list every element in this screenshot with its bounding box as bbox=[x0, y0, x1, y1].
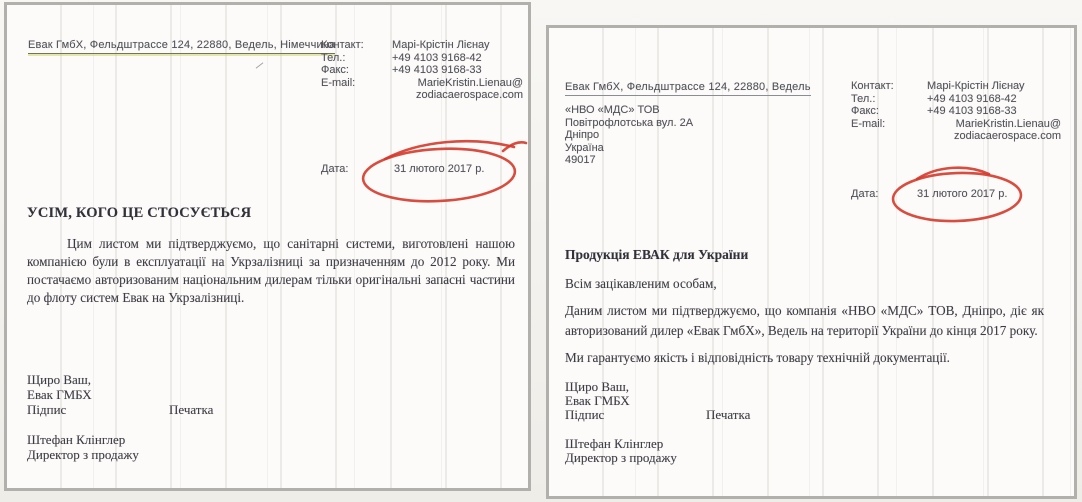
date-row: Дата: 31 лютого 2017 р. bbox=[321, 163, 531, 176]
contact-label: Тел.: bbox=[321, 52, 392, 65]
contact-row: E-mail: MarieKristin.Lienau@ bbox=[321, 77, 523, 90]
scanned-letters-canvas: Евак ГмбХ, Фельдштрассе 124, 22880, Веде… bbox=[0, 0, 1082, 502]
contact-row: Факс: +49 4103 9168-33 bbox=[851, 105, 1061, 118]
contact-value: +49 4103 9168-42 bbox=[927, 93, 1061, 106]
closing-line: Щиро Ваш, bbox=[565, 380, 629, 394]
contact-label: Контакт: bbox=[851, 80, 927, 93]
date-row: Дата: 31 лютого 2017 р. bbox=[851, 188, 1061, 201]
letter-body: Цим листом ми підтверджуємо, що санітарн… bbox=[27, 235, 515, 307]
signature-label: Підпис bbox=[565, 408, 604, 422]
stamp-label: Печатка bbox=[706, 408, 750, 422]
letter-heading: Продукція ЕВАК для України bbox=[565, 247, 748, 263]
recipient-line: Дніпро bbox=[565, 129, 693, 142]
signature-label: Підпис bbox=[27, 403, 66, 417]
contact-value: +49 4103 9168-33 bbox=[392, 64, 523, 77]
contact-value: Марі-Крістін Лієнау bbox=[392, 39, 523, 52]
contact-label bbox=[321, 89, 392, 102]
contact-email-line: zodiacaerospace.com bbox=[392, 89, 523, 102]
date-label: Дата: bbox=[851, 188, 917, 201]
contact-label: E-mail: bbox=[851, 118, 927, 131]
contact-row: Тел.: +49 4103 9168-42 bbox=[851, 93, 1061, 106]
contact-label: Факс: bbox=[851, 105, 927, 118]
salutation: Всім зацікавленим особам, bbox=[565, 276, 717, 292]
contact-label: Тел.: bbox=[851, 93, 927, 106]
date-value: 31 лютого 2017 р. bbox=[917, 188, 1007, 201]
recipient-line: 49017 bbox=[565, 154, 693, 167]
signer-title: Директор з продажу bbox=[27, 448, 139, 462]
contact-row: zodiacaerospace.com bbox=[321, 89, 523, 102]
letter-heading: УСІМ, КОГО ЦЕ СТОСУЄТЬСЯ bbox=[27, 205, 251, 222]
letter-body: Даним листом ми підтверджуємо, що компан… bbox=[565, 301, 1044, 341]
right-letter-page: Евак ГмбХ, Фельдштрассе 124, 22880, Веде… bbox=[546, 25, 1077, 499]
contact-row: Контакт: Марі-Крістін Лієнау bbox=[851, 80, 1061, 93]
contact-label: Контакт: bbox=[321, 39, 392, 52]
stray-pen-mark bbox=[256, 62, 264, 68]
date-value: 31 лютого 2017 р. bbox=[394, 163, 484, 176]
date-label: Дата: bbox=[321, 163, 394, 176]
letter-body: Ми гарантуємо якість і відповідність тов… bbox=[565, 348, 1044, 368]
sender-address-line: Евак ГмбХ, Фельдштрассе 124, 22880, Веде… bbox=[565, 81, 811, 96]
contact-row: zodiacaerospace.com bbox=[851, 130, 1061, 143]
signer-name: Штефан Клінглер bbox=[565, 437, 663, 451]
contact-email-line: zodiacaerospace.com bbox=[927, 130, 1061, 143]
closing-line: Евак ГМБХ bbox=[565, 394, 630, 408]
signer-name: Штефан Клінглер bbox=[27, 433, 125, 447]
contact-email-line: MarieKristin.Lienau@ bbox=[392, 77, 523, 90]
contact-block: Контакт: Марі-Крістін Лієнау Тел.: +49 4… bbox=[851, 80, 1061, 143]
contact-label: E-mail: bbox=[321, 77, 392, 90]
sender-address-line: Евак ГмбХ, Фельдштрассе 124, 22880, Веде… bbox=[28, 39, 335, 54]
closing-line: Щиро Ваш, bbox=[27, 373, 91, 387]
recipient-line: Україна bbox=[565, 142, 693, 155]
contact-value: +49 4103 9168-42 bbox=[392, 52, 523, 65]
contact-label bbox=[851, 130, 927, 143]
contact-email-line: MarieKristin.Lienau@ bbox=[927, 118, 1061, 131]
contact-label: Факс: bbox=[321, 64, 392, 77]
contact-row: Контакт: Марі-Крістін Лієнау bbox=[321, 39, 523, 52]
contact-row: E-mail: MarieKristin.Lienau@ bbox=[851, 118, 1061, 131]
recipient-block: «НВО «МДС» ТОВ Повітрофлотська вул. 2А Д… bbox=[565, 104, 693, 167]
contact-value: +49 4103 9168-33 bbox=[927, 105, 1061, 118]
contact-block: Контакт: Марі-Крістін Лієнау Тел.: +49 4… bbox=[321, 39, 523, 102]
recipient-line: «НВО «МДС» ТОВ bbox=[565, 104, 693, 117]
stamp-label: Печатка bbox=[169, 403, 213, 417]
contact-row: Тел.: +49 4103 9168-42 bbox=[321, 52, 523, 65]
recipient-line: Повітрофлотська вул. 2А bbox=[565, 117, 693, 130]
signer-title: Директор з продажу bbox=[565, 451, 677, 465]
contact-row: Факс: +49 4103 9168-33 bbox=[321, 64, 523, 77]
contact-value: Марі-Крістін Лієнау bbox=[927, 80, 1061, 93]
left-letter-page: Евак ГмбХ, Фельдштрассе 124, 22880, Веде… bbox=[4, 2, 531, 491]
closing-line: Евак ГМБХ bbox=[27, 388, 92, 402]
